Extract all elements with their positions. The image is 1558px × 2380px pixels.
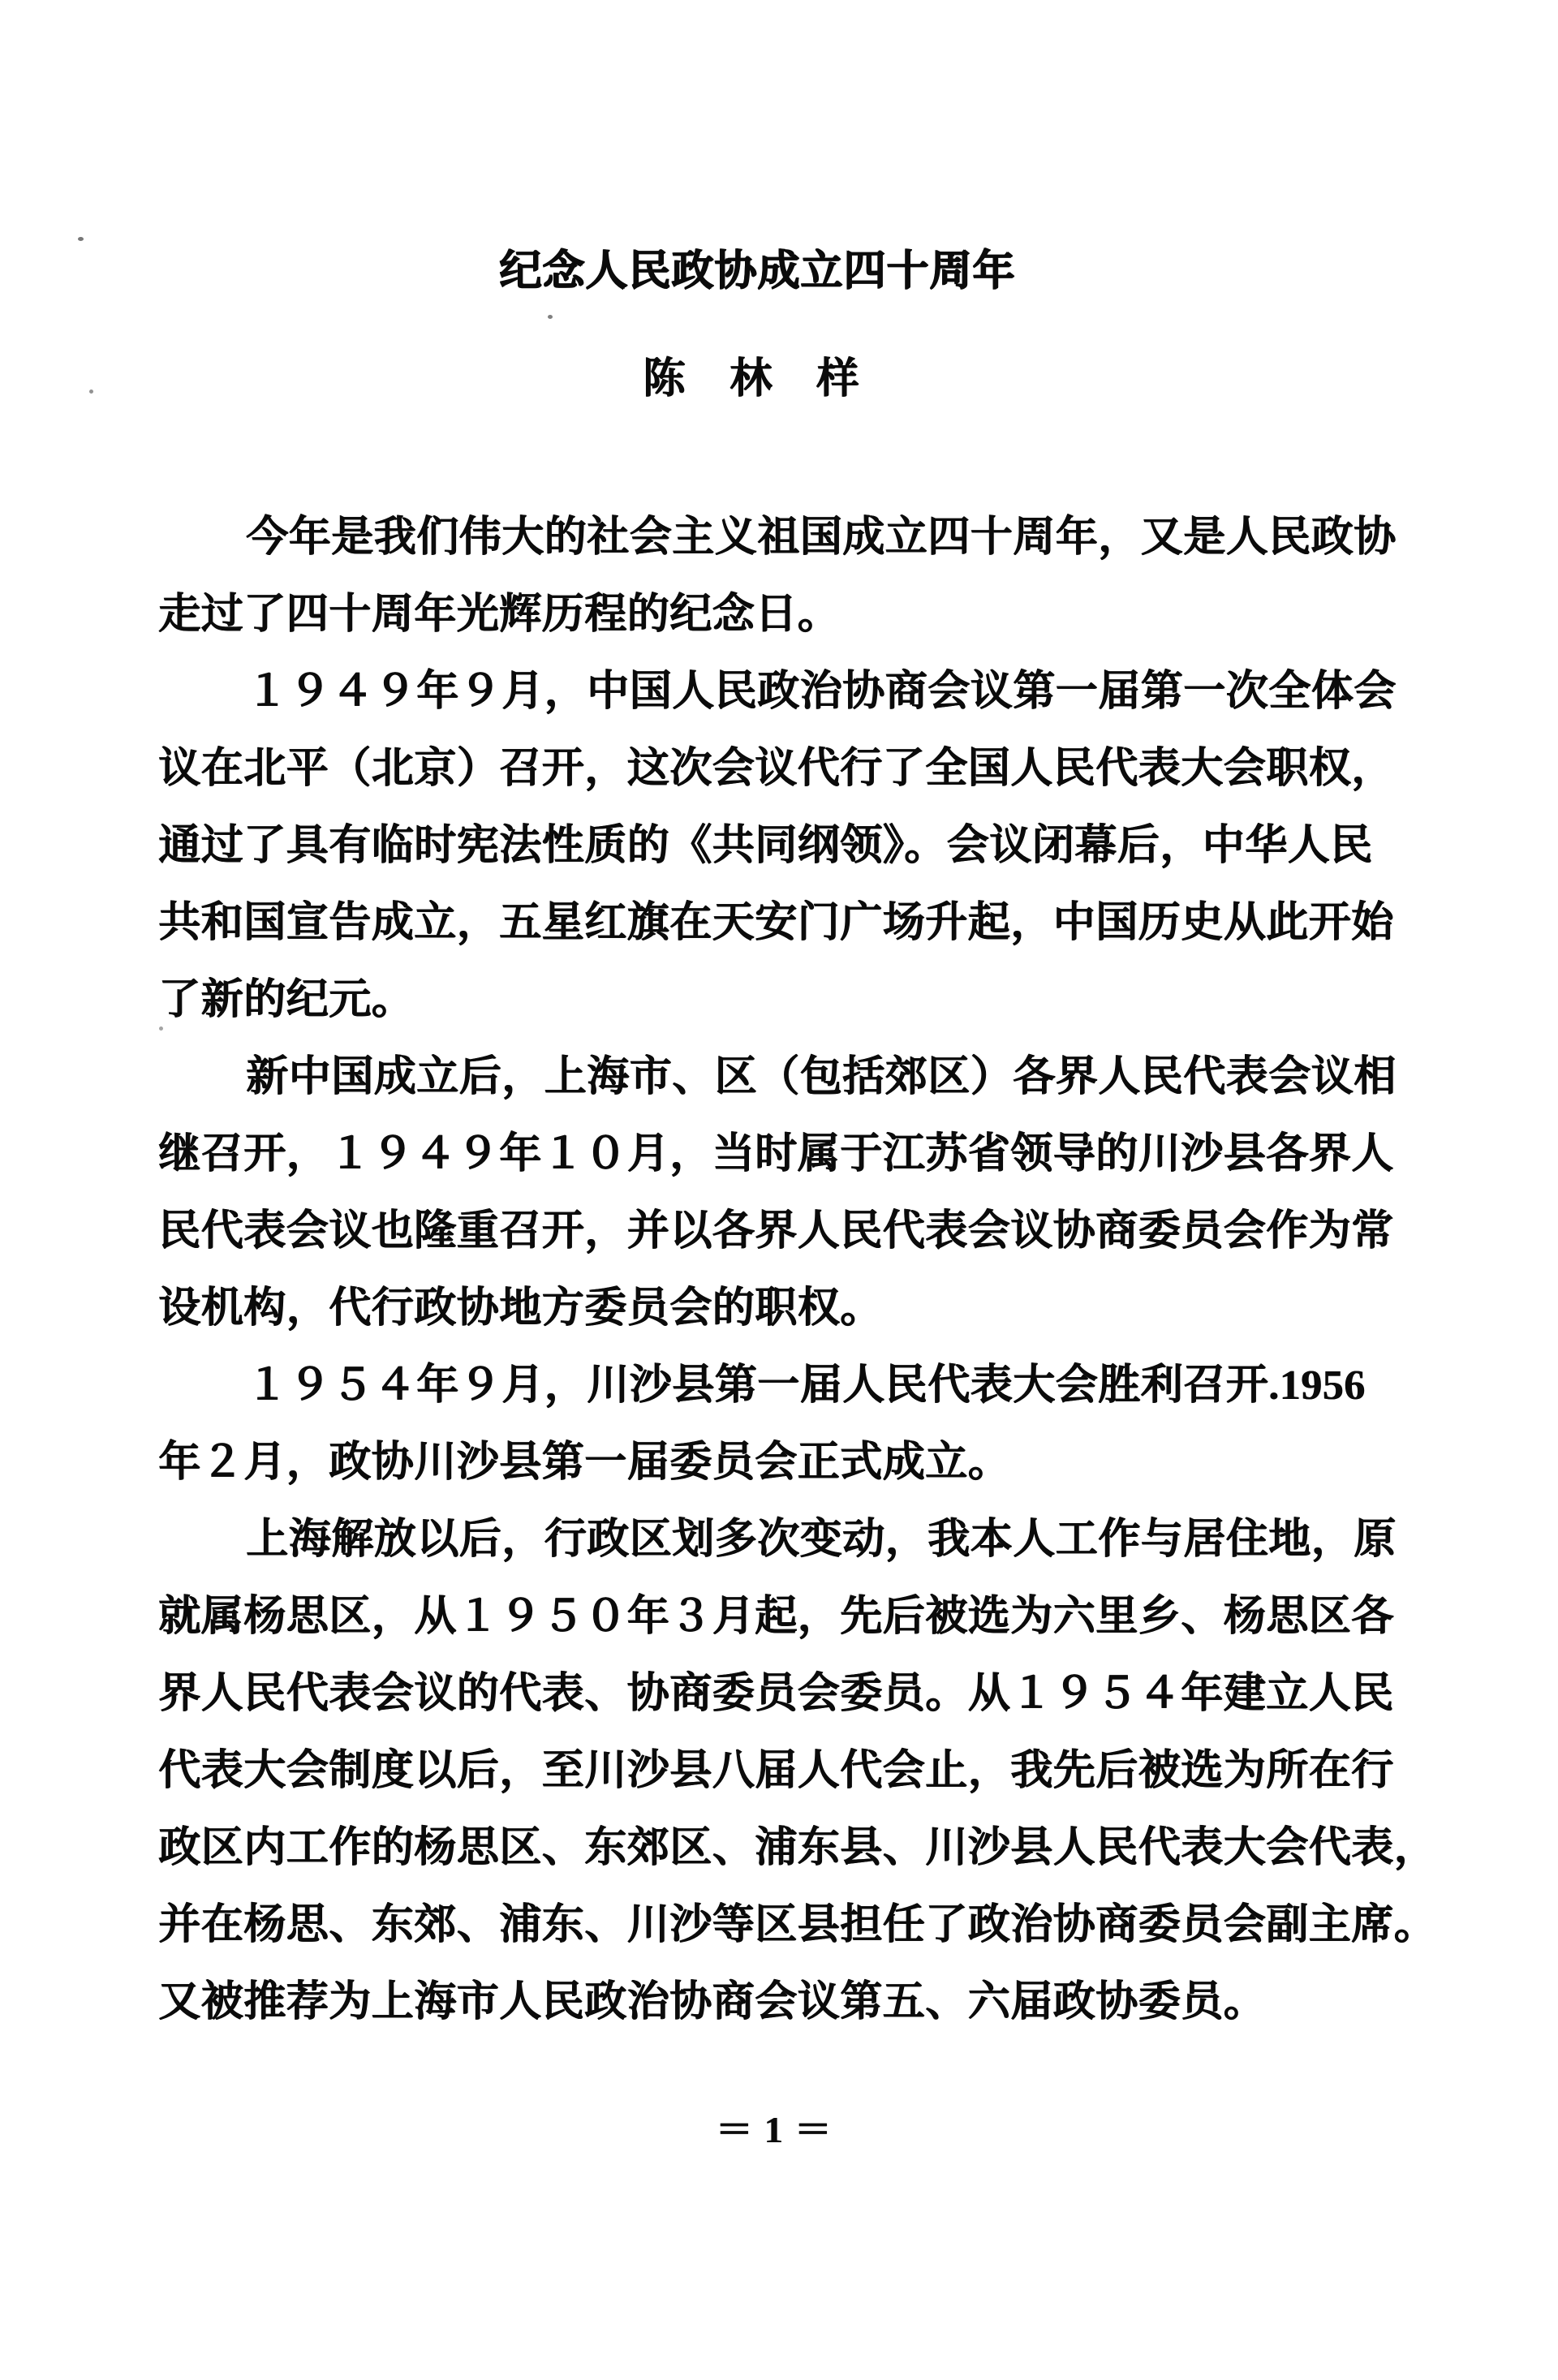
text-line: 共和国宣告成立，五星红旗在天安门广场升起，中国历史从此开始 (158, 884, 1408, 962)
text-line: 政区内工作的杨思区、东郊区、浦东县、川沙县人民代表大会代表， (158, 1810, 1408, 1887)
author-name: 陈林样 (643, 354, 903, 406)
scan-speck (548, 315, 553, 319)
page-number: ＝1＝ (0, 2100, 1558, 2154)
scanned-document-page: 纪念人民政协成立四十周年 陈林样 今年是我们伟大的社会主义祖国成立四十周年，又是… (0, 0, 1558, 2380)
page-title: 纪念人民政协成立四十周年 (499, 241, 1015, 303)
text-line: 设机构，代行政协地方委员会的职权。 (158, 1270, 1408, 1347)
text-line: 上海解放以后，行政区划多次变动，我本人工作与居住地，原 (158, 1501, 1408, 1578)
text-line: １９４９年９月，中国人民政治协商会议第一届第一次全体会 (158, 653, 1408, 730)
text-line: 今年是我们伟大的社会主义祖国成立四十周年，又是人民政协 (158, 499, 1408, 576)
text-line: 界人民代表会议的代表、协商委员会委员。从１９５４年建立人民 (158, 1655, 1408, 1732)
text-line: 了新的纪元。 (158, 962, 1408, 1039)
text-line: 走过了四十周年光辉历程的纪念日。 (158, 576, 1408, 653)
text-line: 通过了具有临时宪法性质的《共同纲领》。会议闭幕后，中华人民 (158, 807, 1408, 884)
text-line: 民代表会议也隆重召开，并以各界人民代表会议协商委员会作为常 (158, 1193, 1408, 1270)
text-line: 议在北平（北京）召开，这次会议代行了全国人民代表大会职权， (158, 730, 1408, 807)
text-line: 并在杨思、东郊、浦东、川沙等区县担任了政治协商委员会副主席。 (158, 1887, 1408, 1964)
text-line: 代表大会制度以后，至川沙县八届人代会止，我先后被选为所在行 (158, 1732, 1408, 1810)
text-line: １９５４年９月，川沙县第一届人民代表大会胜利召开.1956 (158, 1347, 1408, 1424)
text-line: 新中国成立后，上海市、区（包括郊区）各界人民代表会议相 (158, 1039, 1408, 1116)
text-line: 年２月，政协川沙县第一届委员会正式成立。 (158, 1424, 1408, 1501)
document-body: 今年是我们伟大的社会主义祖国成立四十周年，又是人民政协 走过了四十周年光辉历程的… (158, 499, 1408, 2041)
scan-speck (78, 237, 84, 241)
scan-speck (89, 389, 93, 394)
text-line: 继召开，１９４９年１０月，当时属于江苏省领导的川沙县各界人 (158, 1116, 1408, 1193)
text-line: 就属杨思区，从１９５０年３月起，先后被选为六里乡、杨思区各 (158, 1578, 1408, 1655)
text-line: 又被推荐为上海市人民政治协商会议第五、六届政协委员。 (158, 1964, 1408, 2041)
